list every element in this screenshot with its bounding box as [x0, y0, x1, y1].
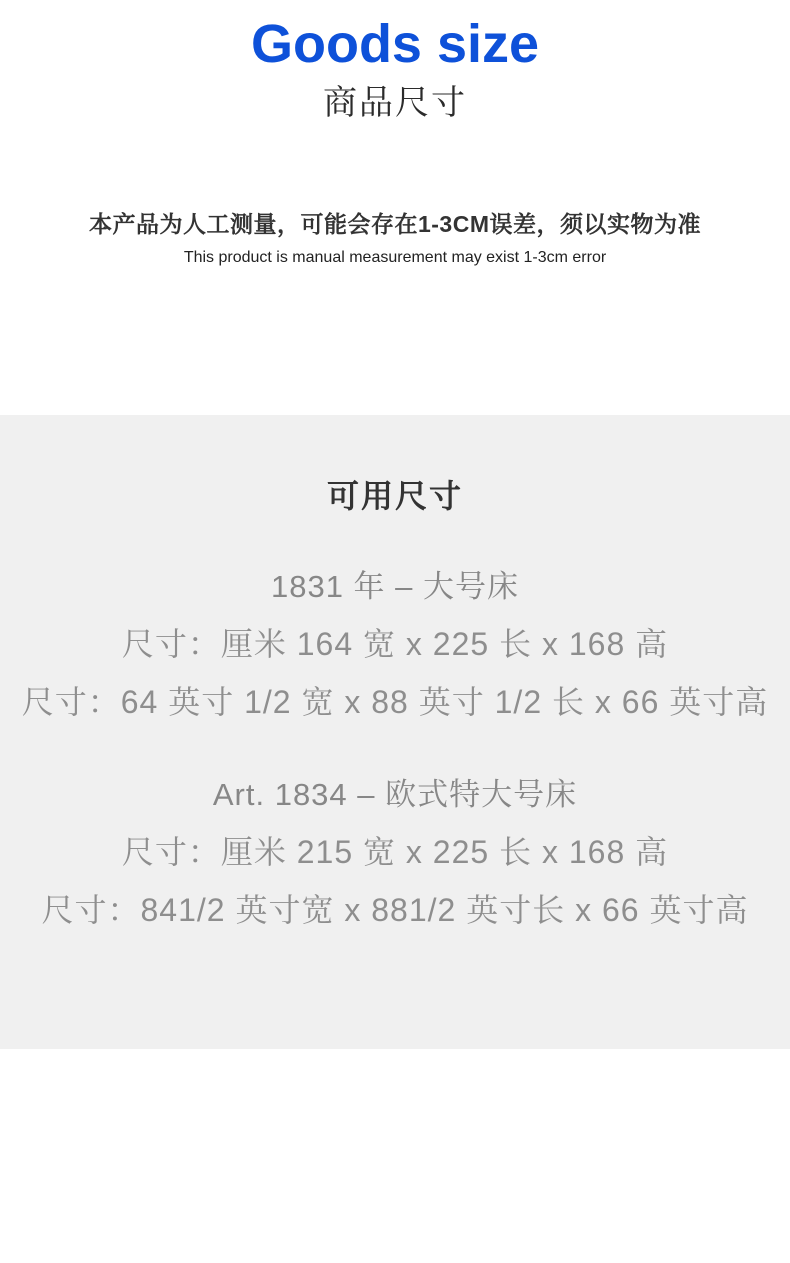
goods-size-section: Goods size 商品尺寸 本产品为人工测量，可能会存在1-3CM误差，须以…: [0, 12, 790, 1049]
size-group-1831-dimensions-cm: 尺寸：厘米 164 宽 x 225 长 x 168 高: [0, 625, 790, 663]
available-sizes-panel: 可用尺寸 1831 年 – 大号床 尺寸：厘米 164 宽 x 225 长 x …: [0, 415, 790, 1049]
size-group-1834-dimensions-cm: 尺寸：厘米 215 宽 x 225 长 x 168 高: [0, 833, 790, 871]
page-title-english: Goods size: [0, 12, 790, 77]
size-group-1831-dimensions-inch: 尺寸：64 英寸 1/2 宽 x 88 英寸 1/2 长 x 66 英寸高: [0, 683, 790, 721]
page-title-chinese: 商品尺寸: [0, 83, 790, 124]
size-group-1831: 1831 年 – 大号床 尺寸：厘米 164 宽 x 225 长 x 168 高…: [0, 568, 790, 722]
measurement-disclaimer: 本产品为人工测量，可能会存在1-3CM误差，须以实物为准 This produc…: [0, 210, 790, 270]
available-sizes-heading: 可用尺寸: [0, 477, 790, 515]
disclaimer-english: This product is manual measurement may e…: [0, 248, 790, 269]
size-group-1834: Art. 1834 – 欧式特大号床 尺寸：厘米 215 宽 x 225 长 x…: [0, 776, 790, 930]
size-group-1831-title: 1831 年 – 大号床: [0, 568, 790, 605]
disclaimer-chinese: 本产品为人工测量，可能会存在1-3CM误差，须以实物为准: [0, 210, 790, 240]
size-group-1834-dimensions-inch: 尺寸：841/2 英寸宽 x 881/2 英寸长 x 66 英寸高: [0, 891, 790, 929]
size-group-1834-title: Art. 1834 – 欧式特大号床: [0, 776, 790, 813]
